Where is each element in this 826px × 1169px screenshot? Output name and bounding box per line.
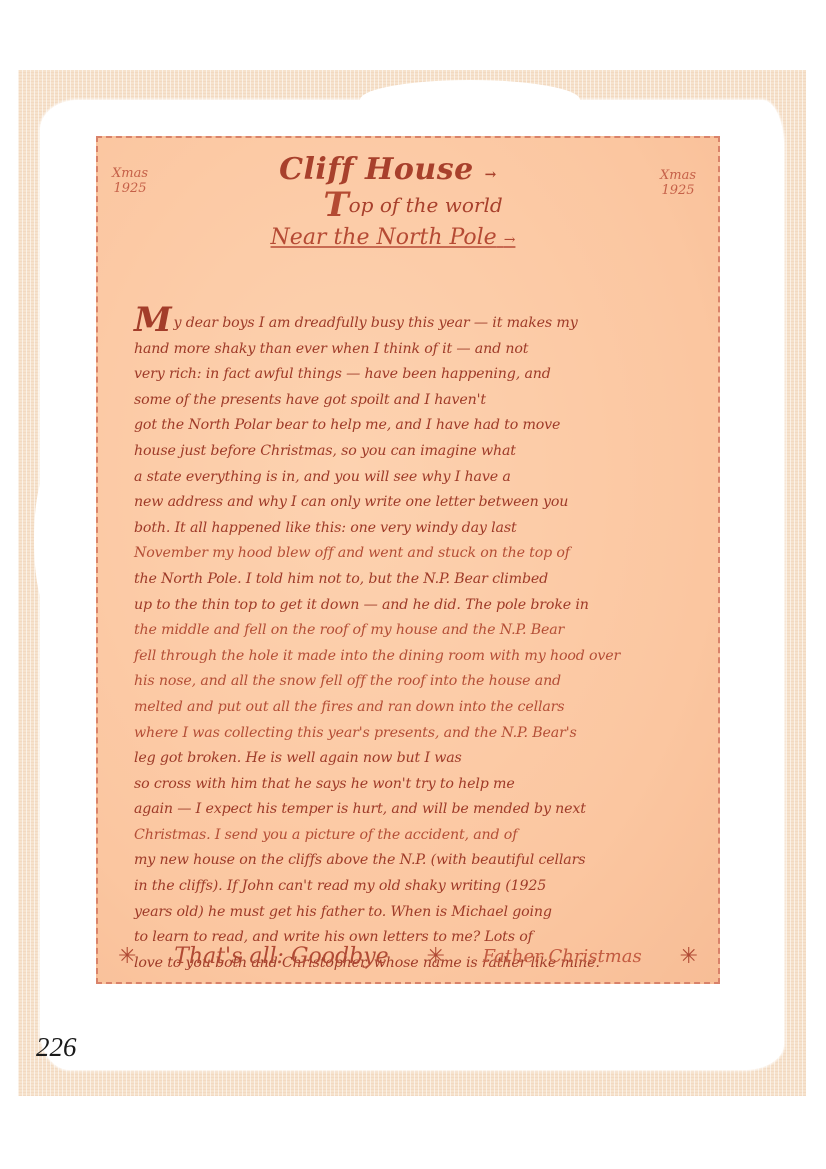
letter-line: got the North Polar bear to help me, and… xyxy=(134,413,708,439)
heading-line-2: Top of the world xyxy=(108,185,718,225)
snowflake-star-icon: ✳ xyxy=(426,944,444,969)
letter-line: his nose, and all the snow fell off the … xyxy=(134,669,708,695)
letter-line: very rich: in fact awful things — have b… xyxy=(134,362,708,388)
snowflake-star-icon: ✳ xyxy=(680,944,698,969)
letter-line: up to the thin top to get it down — and … xyxy=(134,593,708,619)
letter-line: the middle and fell on the roof of my ho… xyxy=(134,618,708,644)
letter-line: so cross with him that he says he won't … xyxy=(134,772,708,798)
letter-line: both. It all happened like this: one ver… xyxy=(134,516,708,542)
closing-text: That's all: Goodbye xyxy=(174,944,388,969)
letter-closing: ✳ That's all: Goodbye ✳ Father Christmas… xyxy=(118,944,698,969)
letter-line: the North Pole. I told him not to, but t… xyxy=(134,567,708,593)
heading-dropcap: T xyxy=(323,185,348,225)
salutation-dropcap: M xyxy=(134,300,172,340)
mat-edge-decoration xyxy=(560,1040,710,1068)
letter-line: My dear boys I am dreadfully busy this y… xyxy=(134,308,708,337)
heading-line-3: Near the North Pole → xyxy=(68,225,718,250)
letter-line: fell through the hole it made into the d… xyxy=(134,644,708,670)
heading-cliff-house: Cliff House xyxy=(279,152,474,187)
letter-line: where I was collecting this year's prese… xyxy=(134,721,708,747)
letter-line: years old) he must get his father to. Wh… xyxy=(134,900,708,926)
letter-line: hand more shaky than ever when I think o… xyxy=(134,337,708,363)
letter-line: leg got broken. He is well again now but… xyxy=(134,746,708,772)
heading-line-1: Cliff House → xyxy=(58,152,718,187)
letter-line: again — I expect his temper is hurt, and… xyxy=(134,797,708,823)
heading-near-north-pole: Near the North Pole xyxy=(271,225,497,250)
letter-line: November my hood blew off and went and s… xyxy=(134,541,708,567)
letter-line: a state everything is in, and you will s… xyxy=(134,465,708,491)
letter-line: house just before Christmas, so you can … xyxy=(134,439,708,465)
handwritten-letter: Xmas 1925 Xmas 1925 Cliff House → Top of… xyxy=(96,136,720,984)
arrow-ornament-icon: → xyxy=(485,167,497,183)
letter-line: melted and put out all the fires and ran… xyxy=(134,695,708,721)
signature: Father Christmas xyxy=(483,946,642,967)
letter-line: Christmas. I send you a picture of the a… xyxy=(134,823,708,849)
mat-edge-decoration xyxy=(360,80,580,120)
mat-edge-decoration xyxy=(34,470,64,610)
heading-top-of-world: op of the world xyxy=(349,193,503,217)
letter-body: My dear boys I am dreadfully busy this y… xyxy=(134,308,708,976)
arrow-ornament-icon: → xyxy=(504,232,516,248)
snowflake-star-icon: ✳ xyxy=(118,944,136,969)
letter-line: new address and why I can only write one… xyxy=(134,490,708,516)
page-number: 226 xyxy=(36,1032,77,1063)
letter-line: my new house on the cliffs above the N.P… xyxy=(134,848,708,874)
letter-heading: Cliff House → Top of the world Near the … xyxy=(98,152,718,250)
mat-edge-decoration xyxy=(740,110,780,200)
letter-line: in the cliffs). If John can't read my ol… xyxy=(134,874,708,900)
letter-line: some of the presents have got spoilt and… xyxy=(134,388,708,414)
letter-line-text: y dear boys I am dreadfully busy this ye… xyxy=(174,315,578,331)
